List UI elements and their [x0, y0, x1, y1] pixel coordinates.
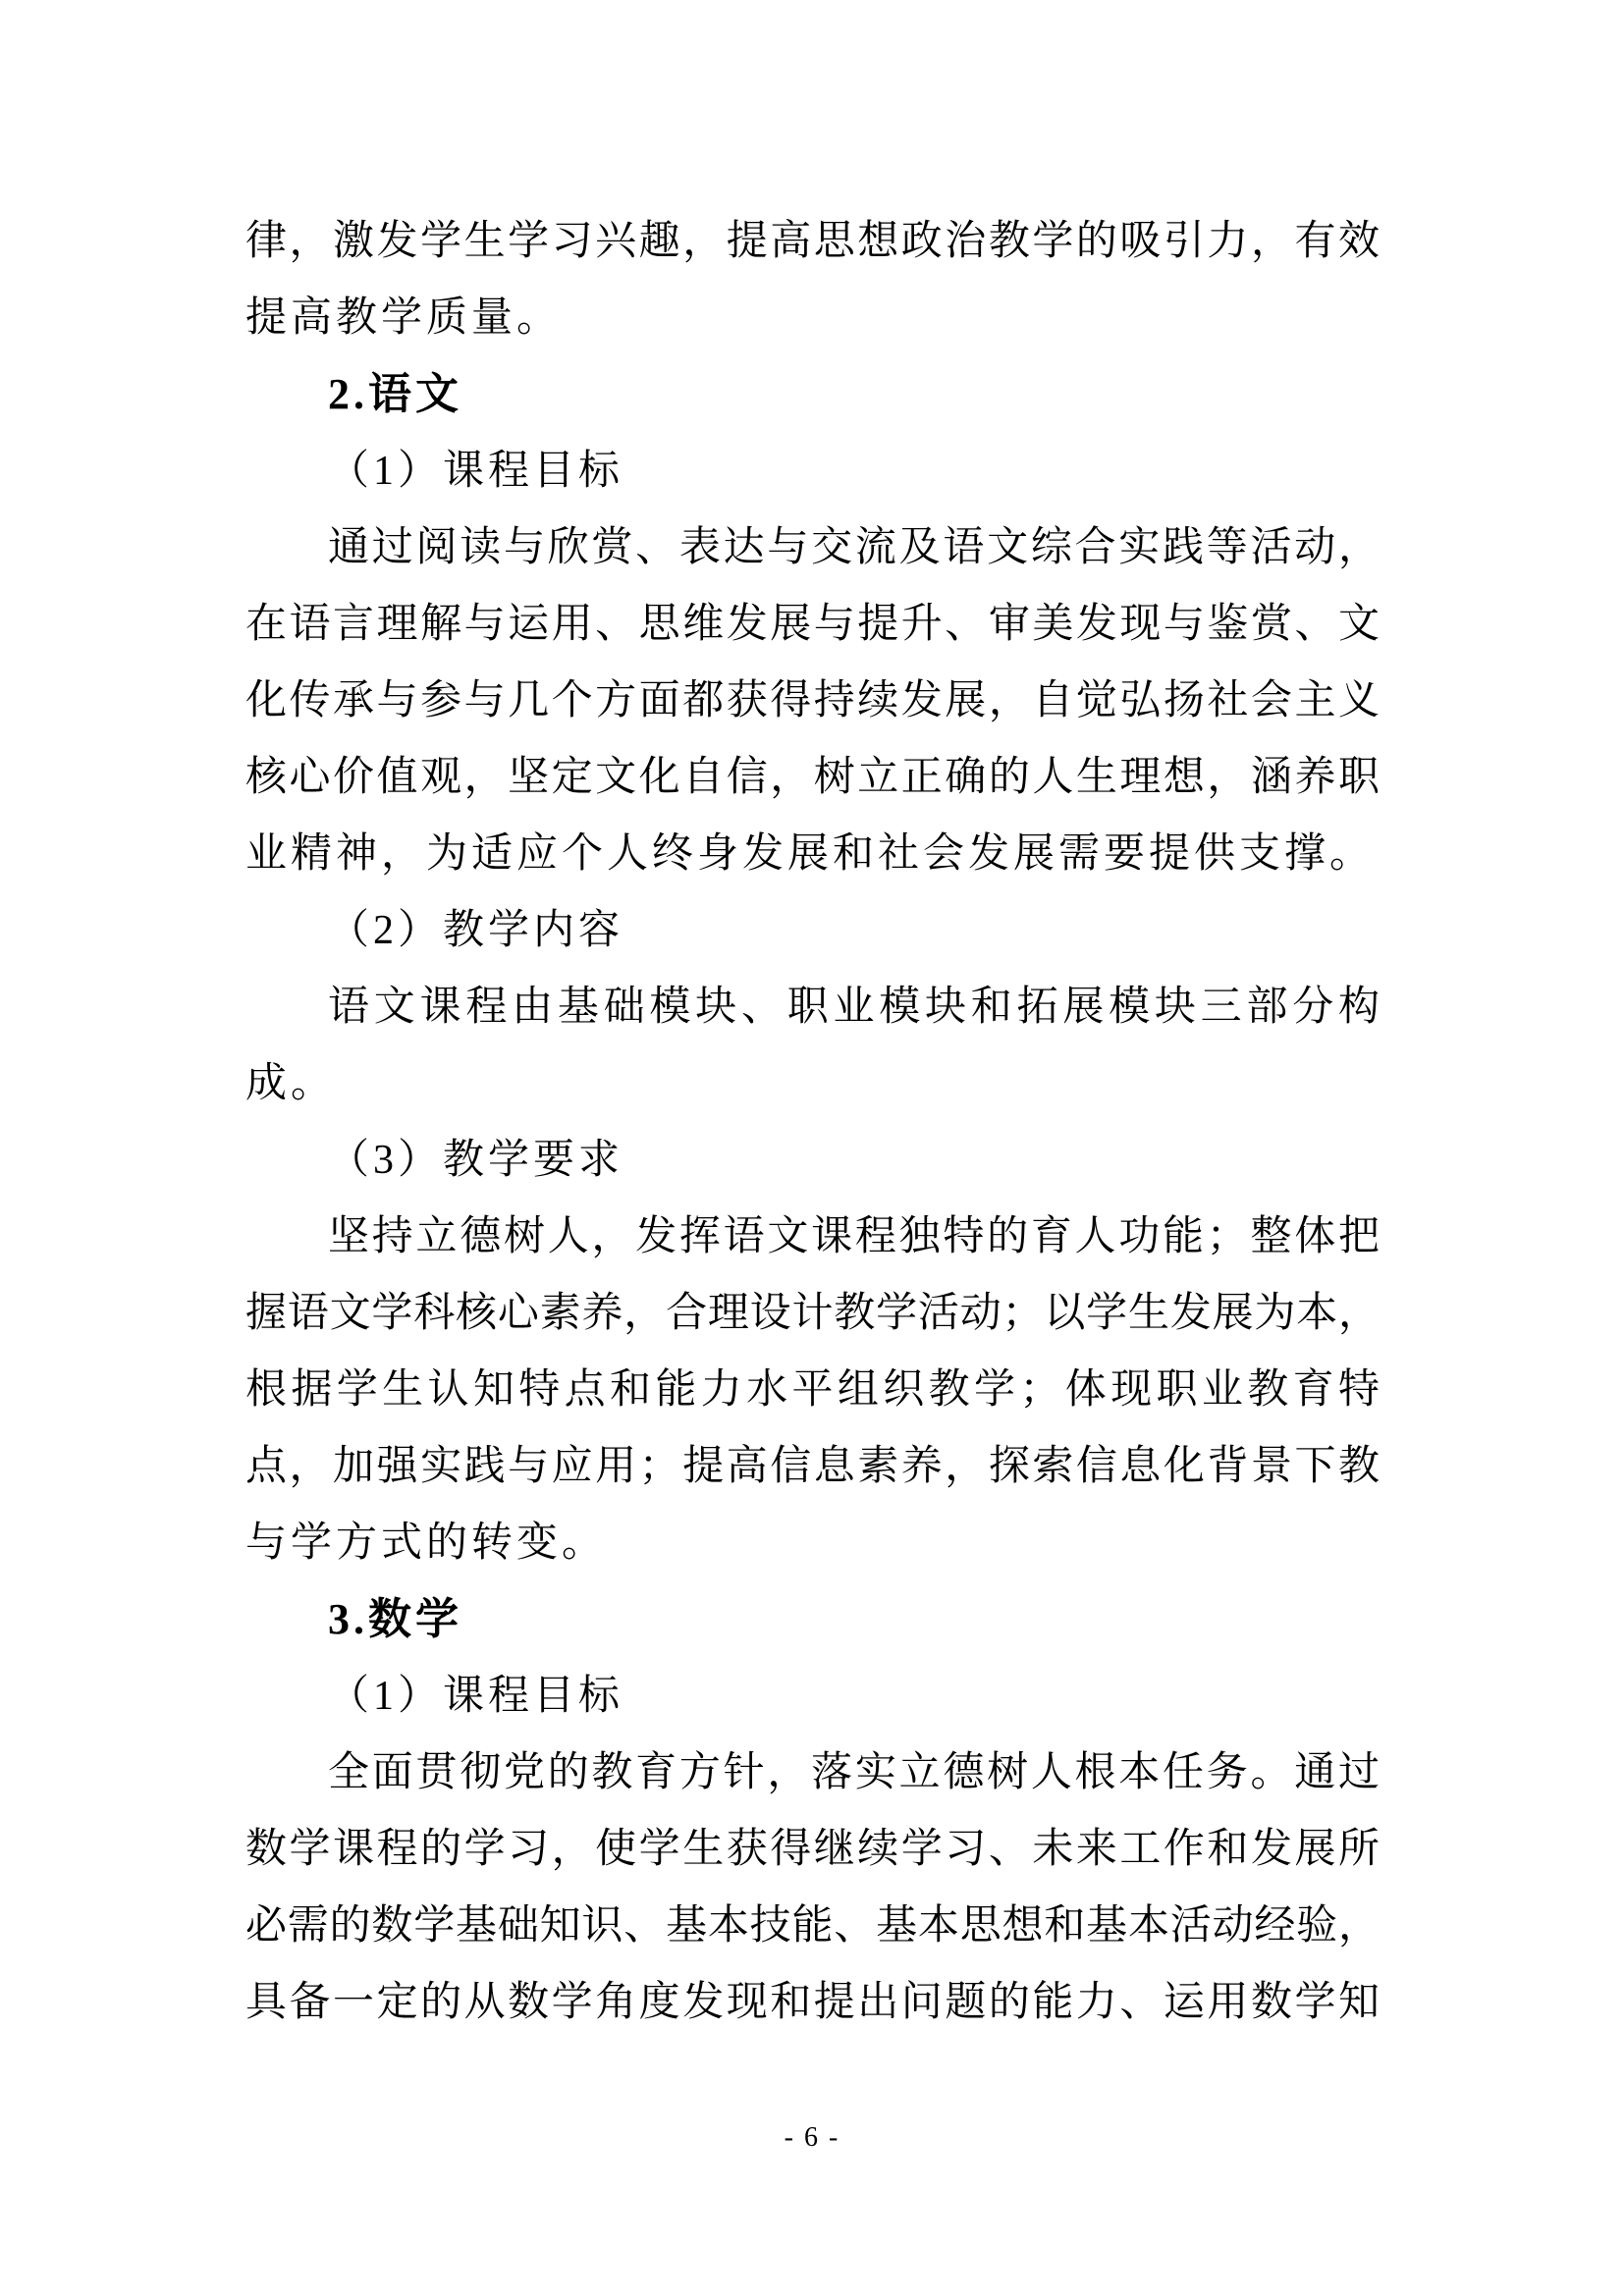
text-line: 点，加强实践与应用；提高信息素养，探索信息化背景下教: [245, 1428, 1380, 1505]
subheading-course-objectives: （1）课程目标: [245, 1658, 1380, 1735]
text-line: 成。: [245, 1045, 1380, 1122]
text-line: 提高教学质量。: [245, 280, 1380, 356]
subheading-teaching-requirements: （3）教学要求: [245, 1122, 1380, 1199]
heading-chinese-subject: 2.语文: [245, 356, 1380, 433]
text-line: 具备一定的从数学角度发现和提出问题的能力、运用数学知: [245, 1964, 1380, 2041]
text-line: 化传承与参与几个方面都获得持续发展，自觉弘扬社会主义: [245, 663, 1380, 739]
text-line: 业精神，为适应个人终身发展和社会发展需要提供支撑。: [245, 816, 1380, 892]
text-line: 坚持立德树人，发挥语文课程独特的育人功能；整体把: [245, 1199, 1380, 1275]
text-line: 必需的数学基础知识、基本技能、基本思想和基本活动经验，: [245, 1888, 1380, 1964]
text-line: 根据学生认知特点和能力水平组织教学；体现职业教育特: [245, 1352, 1380, 1428]
text-line: 通过阅读与欣赏、表达与交流及语文综合实践等活动，: [245, 509, 1380, 586]
text-line: 数学课程的学习，使学生获得继续学习、未来工作和发展所: [245, 1811, 1380, 1888]
text-line: 律，激发学生学习兴趣，提高思想政治教学的吸引力，有效: [245, 203, 1380, 280]
document-body: 律，激发学生学习兴趣，提高思想政治教学的吸引力，有效 提高教学质量。 2.语文 …: [245, 203, 1380, 2041]
text-line: 与学方式的转变。: [245, 1505, 1380, 1581]
text-line: 语文课程由基础模块、职业模块和拓展模块三部分构: [245, 969, 1380, 1045]
text-line: 在语言理解与运用、思维发展与提升、审美发现与鉴赏、文: [245, 586, 1380, 663]
heading-math-subject: 3.数学: [245, 1581, 1380, 1658]
subheading-course-objectives: （1）课程目标: [245, 433, 1380, 509]
page-number: - 6 -: [0, 2120, 1624, 2156]
text-line: 握语文学科核心素养，合理设计教学活动；以学生发展为本，: [245, 1275, 1380, 1352]
text-line: 全面贯彻党的教育方针，落实立德树人根本任务。通过: [245, 1735, 1380, 1811]
document-page: 律，激发学生学习兴趣，提高思想政治教学的吸引力，有效 提高教学质量。 2.语文 …: [0, 0, 1624, 2296]
text-line: 核心价值观，坚定文化自信，树立正确的人生理想，涵养职: [245, 739, 1380, 816]
subheading-teaching-content: （2）教学内容: [245, 892, 1380, 969]
